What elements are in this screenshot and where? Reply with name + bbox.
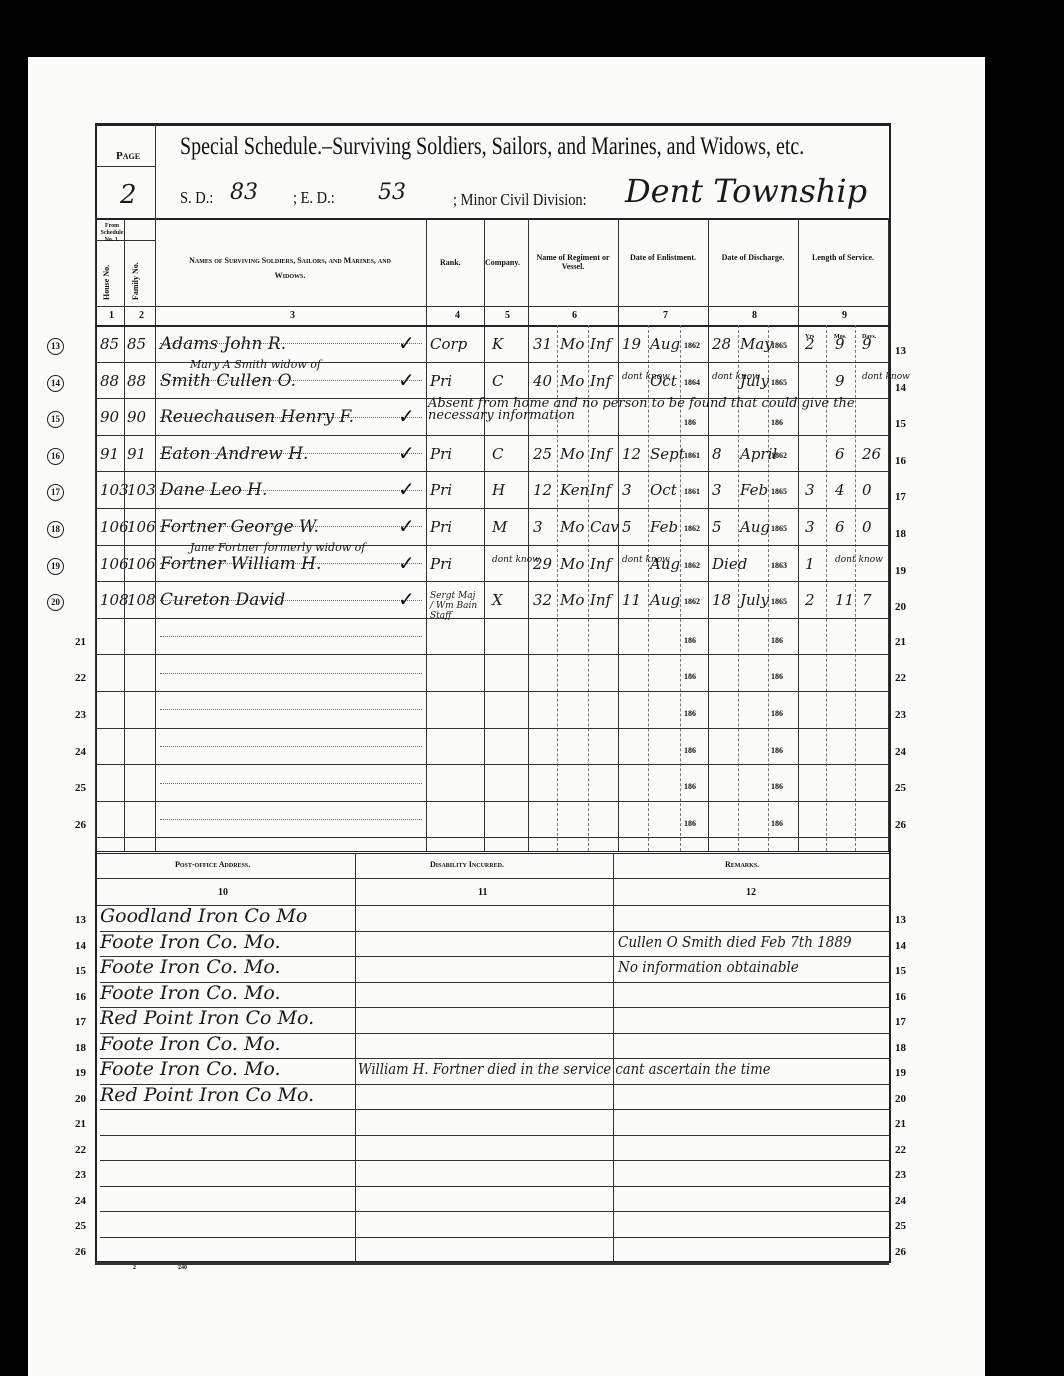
col-divider [888,218,889,851]
reg-branch-value: Inf [590,591,611,609]
line-number-right: 20 [895,601,906,613]
line-number-right: 24 [895,746,906,758]
line-number: 17 [75,1016,86,1028]
row-rule [100,1135,889,1136]
line-number: 15 [75,965,86,977]
row-rule [95,435,889,436]
company-value: C [492,445,503,463]
house-number: 103 [100,481,129,499]
line-number-right: 25 [895,782,906,794]
family-number: 90 [127,408,146,426]
line-number-right: 14 [895,382,906,394]
line-number-right: 26 [895,819,906,831]
row-rule [95,728,889,729]
footer-mark: 2 [133,1265,136,1271]
dis-month-value: July [740,372,769,390]
row-rule [95,691,889,692]
line-number-right: 19 [895,565,906,577]
enl-month-value: Aug [650,555,680,573]
col-divider [484,218,485,851]
house-number: 106 [100,518,129,536]
header-rule [95,218,889,220]
dotted-rule [160,673,422,674]
house-number: 90 [100,408,119,426]
company-header: Company. [485,258,520,267]
reg-no-value: 25 [533,445,552,463]
check-mark: ✓ [398,331,415,356]
days-value: 26 [862,445,881,463]
line-number-circled: 14 [47,375,64,392]
house-number: 88 [100,372,119,390]
enl-day-value: 19 [622,335,641,353]
yrs-value: 3 [805,481,815,499]
check-mark: ✓ [398,404,415,429]
line-number-circled: 18 [47,521,64,538]
mos-value: 9 [835,372,845,390]
enl-year-value: 1861 [684,487,700,496]
column-number: 11 [478,887,487,898]
enl-month-value: Sept [650,445,685,463]
company-value: X [492,591,503,609]
family-number: 108 [127,591,156,609]
dis-year-value: 1865 [771,487,787,496]
number-rule [95,325,889,327]
days-value: dont know [862,372,912,382]
check-mark: ✓ [398,587,415,612]
row-rule [100,1211,889,1212]
dis-month-value: Aug [740,518,770,536]
check-mark: ✓ [398,477,415,502]
family-number: 103 [127,481,156,499]
row-rule [100,1186,889,1187]
sd-value: 83 [230,180,258,205]
post-office-address: Red Point Iron Co Mo. [100,1007,314,1029]
line-number-right: 23 [895,1169,906,1181]
line-number-right: 20 [895,1093,906,1105]
enl-day-value: 11 [622,591,641,609]
line-number-right: 16 [895,991,906,1003]
line-number-circled: 13 [47,338,64,355]
year-prefix: 186 [771,636,783,645]
length-header: Length of Service. [808,253,878,262]
page-divider [95,166,155,167]
enl-month-value: Aug [650,591,680,609]
line-number: 14 [75,940,86,952]
column-number: 8 [752,310,757,321]
row-rule [100,1109,889,1110]
family-number: 88 [127,372,146,390]
reg-branch-value: Inf [590,372,611,390]
enl-day-value: 12 [622,445,641,463]
widow-note: Mary A Smith widow of [190,358,321,371]
rank-value: Pri [430,555,452,573]
dis-year-value: 1865 [771,378,787,387]
sd-label: S. D.: [180,188,213,208]
year-prefix: 186 [771,782,783,791]
line-number-right: 14 [895,940,906,952]
absent-note: Absent from home and no person to be fou… [428,398,888,422]
reg-branch-value: Inf [590,335,611,353]
soldier-name: Cureton David [160,590,285,610]
column-number: 10 [218,887,228,898]
from-schedule-label: From Schedule No. 1. [100,223,124,244]
line-number: 25 [75,1220,86,1232]
column-number: 6 [572,310,577,321]
line-number: 23 [75,1169,86,1181]
post-office-header: Post-office Address. [175,860,250,869]
year-prefix: 186 [771,819,783,828]
post-office-address: Foote Iron Co. Mo. [100,956,281,978]
post-office-address: Foote Iron Co. Mo. [100,1058,281,1080]
line-number: 24 [75,746,86,758]
column-number: 2 [139,310,144,321]
reg-no-value: 29 [533,555,552,573]
reg-no-value: 12 [533,481,552,499]
line-number-right: 24 [895,1195,906,1207]
form-title: Special Schedule.–Surviving Soldiers, Sa… [180,133,804,161]
check-mark: ✓ [398,441,415,466]
line-number-right: 23 [895,709,906,721]
reg-state-value: Mo [560,445,584,463]
post-office-address: Foote Iron Co. Mo. [100,931,281,953]
row-rule [95,581,889,582]
check-mark: ✓ [398,514,415,539]
header-bottom-rule [95,306,889,307]
col-divider [95,218,96,851]
dis-day-value: 5 [712,518,722,536]
line-number-circled: 16 [47,448,64,465]
row-rule [95,654,889,655]
family-number: 85 [127,335,146,353]
reg-state-value: Mo [560,335,584,353]
enl-month-value: Oct [650,372,677,390]
reg-branch-value: Inf [590,555,611,573]
line-number-right: 26 [895,1246,906,1258]
year-prefix: 186 [684,636,696,645]
line-number-right: 17 [895,1016,906,1028]
line-number: 16 [75,991,86,1003]
line-number: 26 [75,1246,86,1258]
row-rule [95,764,889,765]
line-number-right: 15 [895,965,906,977]
line-number-circled: 19 [47,558,64,575]
column-number: 5 [505,310,510,321]
dis-day-value: 3 [712,481,722,499]
line-number-right: 15 [895,418,906,430]
page-number: 2 [120,180,137,210]
dis-month-value: July [740,591,769,609]
soldier-name: Fortner George W. [160,517,319,537]
mos-value: 9 [835,335,845,353]
line-number-right: 17 [895,491,906,503]
mos-value: 4 [835,481,845,499]
reg-branch-value: Inf [590,481,611,499]
reg-no-value: 31 [533,335,552,353]
line-number: 26 [75,819,86,831]
year-prefix: 186 [684,418,696,427]
yrs-value: 1 [805,555,815,573]
days-value: 9 [862,335,872,353]
rank-value: Corp [430,335,467,353]
check-mark: ✓ [398,368,415,393]
soldier-name: Dane Leo H. [160,480,267,500]
company-value: M [492,518,507,536]
line-number-right: 21 [895,1118,906,1130]
yrs-value: 2 [805,591,815,609]
dotted-rule [160,709,422,710]
enl-month-value: Aug [650,335,680,353]
line-number: 19 [75,1067,86,1079]
names-header: Names of Surviving Soldiers, Sailors, an… [175,253,405,283]
row-rule [95,618,889,619]
line-number-right: 22 [895,1144,906,1156]
reg-state-value: Mo [560,555,584,573]
year-prefix: 186 [771,672,783,681]
column-number: 9 [842,310,847,321]
enlistment-header: Date of Enlistment. [628,253,698,262]
rank-header: Rank. [440,258,461,267]
year-prefix: 186 [771,418,783,427]
enl-year-value: 1861 [684,451,700,460]
reg-no-value: 3 [533,518,543,536]
soldier-name: Reuechausen Henry F. [160,407,354,427]
company-value: H [492,481,505,499]
dis-day-value: 18 [712,591,731,609]
house-number: 106 [100,555,129,573]
enl-day-value: 5 [622,518,632,536]
reg-state-value: Ken [560,481,589,499]
days-value: 0 [862,481,872,499]
enl-year-value: 1864 [684,378,700,387]
dotted-rule [160,636,422,637]
post-office-address: Red Point Iron Co Mo. [100,1084,314,1106]
check-mark: ✓ [398,551,415,576]
year-prefix: 186 [684,709,696,718]
enl-day-value: 3 [622,481,632,499]
remark-note: No information obtainable [618,958,799,976]
row-rule [100,1237,889,1238]
col-divider [798,218,799,851]
row-rule [100,1160,889,1161]
family-number: 106 [127,555,156,573]
enl-year-value: 1862 [684,341,700,350]
days-value: 0 [862,518,872,536]
soldier-name: Fortner William H. [160,554,321,574]
dis-year-value: 1865 [771,341,787,350]
column-number: 12 [746,887,756,898]
rank-value: Sergt Maj / Wm Bain Staff [430,591,480,621]
line-number: 13 [75,914,86,926]
section-rule [95,851,889,854]
soldier-name: Smith Cullen O. [160,371,296,391]
column-number: 1 [109,310,114,321]
reg-branch-value: Cav [590,518,619,536]
line-number: 24 [75,1195,86,1207]
house-number: 108 [100,591,129,609]
family-number: 91 [127,445,146,463]
company-value: C [492,372,503,390]
reg-no-value: 32 [533,591,552,609]
house-no-label: House No. [102,265,111,300]
line-number-right: 21 [895,636,906,648]
col-divider [708,218,709,851]
footer-mark: 240 [178,1265,187,1271]
line-number: 23 [75,709,86,721]
dis-day-value: 28 [712,335,731,353]
dotted-rule [160,746,422,747]
column-number: 7 [663,310,668,321]
dis-year-value: 1863 [771,561,787,570]
post-office-address: Goodland Iron Co Mo [100,905,307,927]
year-prefix: 186 [684,746,696,755]
line-number-right: 18 [895,528,906,540]
rank-value: Pri [430,445,452,463]
soldier-name: Eaton Andrew H. [160,444,308,464]
line-number: 21 [75,1118,86,1130]
reg-no-value: 40 [533,372,552,390]
enl-year-value: 1862 [684,524,700,533]
row-rule [95,508,889,509]
year-prefix: 186 [771,746,783,755]
disability-note: William H. Fortner died in the service c… [358,1060,771,1078]
discharge-header: Date of Discharge. [718,253,788,262]
enl-month-value: Feb [650,518,678,536]
house-number: 85 [100,335,119,353]
widow-note: Jane Fortner formerly widow of [190,541,365,554]
ed-value: 53 [378,180,406,205]
bottom-header-rule [95,878,889,879]
form-bottom-rule [95,1262,889,1265]
regiment-header: Name of Regiment or Vessel. [530,253,616,271]
reg-state-value: Mo [560,372,584,390]
row-rule [95,471,889,472]
family-number: 106 [127,518,156,536]
company-value: K [492,335,503,353]
dis-month-value: May [740,335,773,353]
ed-label: ; E. D.: [293,188,335,208]
enl-year-value: 1862 [684,597,700,606]
dis-year-value: 1865 [771,597,787,606]
disability-header: Disability Incurred. [430,860,504,869]
mos-value: 6 [835,518,845,536]
enl-month-value: Oct [650,481,677,499]
days-value: 7 [862,591,872,609]
remarks-header: Remarks. [725,860,759,869]
row-rule [95,837,889,838]
line-number: 20 [75,1093,86,1105]
dis-year-value: 1862 [771,451,787,460]
year-prefix: 186 [684,819,696,828]
dis-year-value: 1865 [771,524,787,533]
dis-day-value: Died [712,555,747,573]
year-prefix: 186 [684,782,696,791]
line-number-right: 22 [895,672,906,684]
dis-day-value: 8 [712,445,722,463]
dotted-rule [160,783,422,784]
soldier-name: Adams John R. [160,334,286,354]
rank-value: Pri [430,518,452,536]
year-prefix: 186 [771,709,783,718]
yrs-value: 2 [805,335,815,353]
mcd-value: Dent Township [625,172,867,210]
page-label: Page [116,150,140,162]
remark-note: Cullen O Smith died Feb 7th 1889 [618,933,852,951]
dis-month-value: Feb [740,481,768,499]
line-number: 18 [75,1042,86,1054]
line-number-right: 13 [895,345,906,357]
line-number: 22 [75,1144,86,1156]
column-number: 4 [455,310,460,321]
year-prefix: 186 [684,672,696,681]
reg-state-value: Mo [560,591,584,609]
mos-value: dont know [835,555,885,565]
mos-value: 11 [835,591,854,609]
yrs-value: 3 [805,518,815,536]
line-number: 22 [75,672,86,684]
column-number: 3 [290,310,295,321]
house-number: 91 [100,445,119,463]
col-divider [528,218,529,851]
enl-year-value: 1862 [684,561,700,570]
row-rule [95,801,889,802]
mos-value: 6 [835,445,845,463]
mcd-label: ; Minor Civil Division: [453,190,587,210]
line-number-right: 19 [895,1067,906,1079]
line-number-right: 18 [895,1042,906,1054]
line-number-right: 13 [895,914,906,926]
rank-value: Pri [430,481,452,499]
post-office-address: Foote Iron Co. Mo. [100,1033,281,1055]
line-number: 21 [75,636,86,648]
reg-state-value: Mo [560,518,584,536]
dotted-rule [160,819,422,820]
family-no-label: Family No. [131,262,140,300]
rank-value: Pri [430,372,452,390]
line-number: 25 [75,782,86,794]
reg-branch-value: Inf [590,445,611,463]
col-divider [426,218,427,851]
line-number-right: 16 [895,455,906,467]
post-office-address: Foote Iron Co. Mo. [100,982,281,1004]
line-number-right: 25 [895,1220,906,1232]
